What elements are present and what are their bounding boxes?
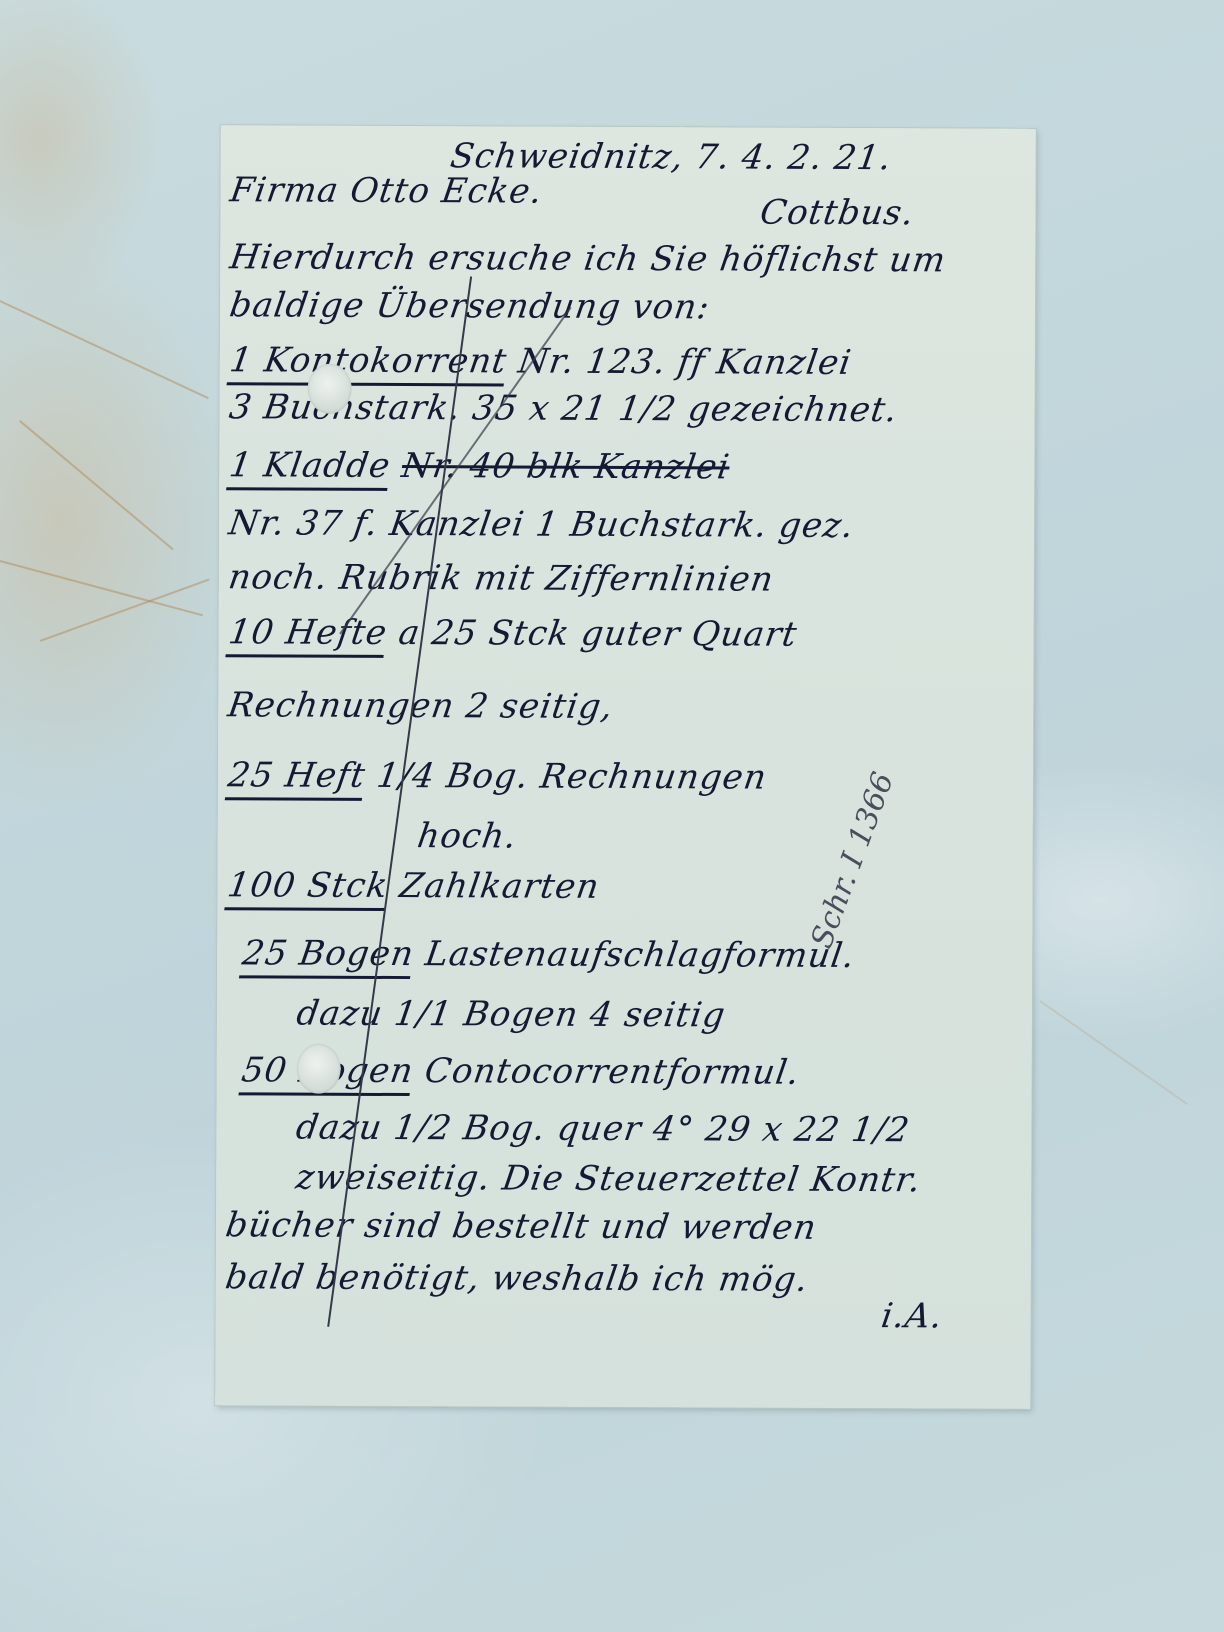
order-item: 50 Bogen Contocorrentformul.	[238, 1050, 1015, 1098]
marble-vein	[1040, 1000, 1188, 1104]
body-line: Hierdurch ersuche ich Sie höflichst um	[227, 237, 1018, 280]
body-line: dazu 1/2 Bog. quer 4° 29 x 22 1/2	[294, 1108, 1015, 1151]
postcard: Schweidnitz, 7. 4. 2. 21. Firma Otto Eck…	[215, 125, 1036, 1409]
order-desc: 1/4 Bog. Rechnungen	[363, 756, 770, 798]
body-line: noch. Rubrik mit Ziffernlinien	[226, 557, 1017, 600]
order-qty: 1 Kontokorrent	[226, 340, 509, 386]
order-qty: 100 Stck	[224, 865, 391, 911]
order-desc: Lastenaufschlagformul.	[411, 934, 858, 976]
signature: i.A.	[879, 1296, 946, 1336]
order-qty: 1 Kladde	[226, 445, 393, 491]
order-qty: 25 Bogen	[239, 933, 417, 979]
order-desc: Zahlkarten	[385, 866, 602, 907]
order-desc: a 25 Stck guter Quart	[384, 613, 800, 655]
struck-text: Nr. 40 blk Kanzlei	[399, 446, 732, 487]
order-desc: Contocorrentformul.	[410, 1051, 802, 1093]
order-desc: Nr. 123. ff Kanzlei	[504, 341, 854, 382]
body-line: zweiseitig. Die Steuerzettel Kontr.	[293, 1158, 1014, 1201]
marble-vein	[0, 560, 203, 616]
body-line: baldige Übersendung von:	[227, 285, 1018, 328]
body-line: bald benötigt, weshalb ich mög.	[223, 1257, 1014, 1300]
order-qty: 10 Hefte	[225, 612, 390, 658]
body-line: Nr. 37 f. Kanzlei 1 Buchstark. gez.	[226, 503, 1017, 546]
body-line: Rechnungen 2 seitig,	[225, 685, 1016, 728]
punch-hole	[308, 364, 352, 414]
order-item: 100 Stck Zahlkarten	[224, 865, 1016, 913]
order-item: 10 Hefte a 25 Stck guter Quart	[225, 612, 1017, 660]
marble-vein	[20, 420, 174, 550]
body-line: hoch.	[415, 816, 1016, 859]
recipient-city: Cottbus.	[758, 193, 1019, 234]
order-item: 25 Bogen Lastenaufschlagformul.	[239, 933, 1016, 981]
order-qty: 25 Heft	[225, 755, 369, 801]
body-line: dazu 1/1 Bogen 4 seitig	[294, 994, 1015, 1037]
marble-vein	[0, 300, 209, 399]
order-item: 1 Kladde Nr. 40 blk Kanzlei	[226, 445, 1018, 493]
punch-hole	[297, 1044, 341, 1094]
